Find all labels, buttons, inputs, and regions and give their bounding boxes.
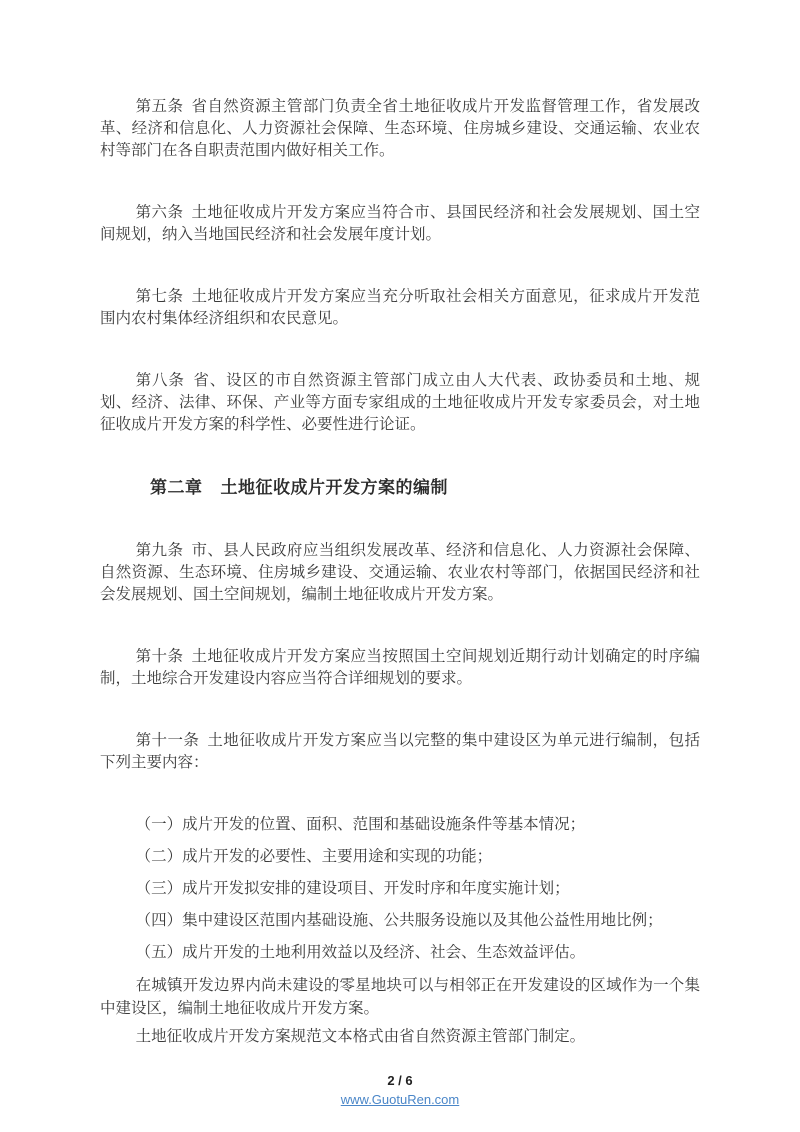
numbered-list: （一）成片开发的位置、面积、范围和基础设施条件等基本情况；（二）成片开发的必要性… <box>100 814 700 964</box>
closing-paragraph: 在城镇开发边界内尚未建设的零星地块可以与相邻正在开发建设的区域作为一个集中建设区… <box>100 974 700 1020</box>
article-paragraph: 第九条 市、县人民政府应当组织发展改革、经济和信息化、人力资源社会保障、自然资源… <box>100 540 700 606</box>
closing-paragraph: 土地征收成片开发方案规范文本格式由省自然资源主管部门制定。 <box>100 1025 700 1048</box>
list-item: （三）成片开发拟安排的建设项目、开发时序和年度实施计划； <box>100 878 700 900</box>
closing-section: 在城镇开发边界内尚未建设的零星地块可以与相邻正在开发建设的区域作为一个集中建设区… <box>100 974 700 1048</box>
list-item: （二）成片开发的必要性、主要用途和实现的功能； <box>100 846 700 868</box>
chapter-heading: 第二章 土地征收成片开发方案的编制 <box>150 476 700 500</box>
article-paragraph: 第八条 省、设区的市自然资源主管部门成立由人大代表、政协委员和土地、规划、经济、… <box>100 370 700 436</box>
list-item: （一）成片开发的位置、面积、范围和基础设施条件等基本情况； <box>100 814 700 836</box>
article-paragraph: 第七条 土地征收成片开发方案应当充分听取社会相关方面意见，征求成片开发范围内农村… <box>100 286 700 330</box>
page-footer: 2 / 6 www.GuotuRen.com <box>100 1072 700 1109</box>
article-paragraph: 第六条 土地征收成片开发方案应当符合市、县国民经济和社会发展规划、国土空间规划，… <box>100 202 700 246</box>
page-number: 2 / 6 <box>100 1072 700 1089</box>
article-paragraph: 第十条 土地征收成片开发方案应当按照国土空间规划近期行动计划确定的时序编制，土地… <box>100 646 700 690</box>
document-page: 第五条 省自然资源主管部门负责全省土地征收成片开发监督管理工作，省发展改革、经济… <box>0 0 800 1132</box>
articles-section-2: 第九条 市、县人民政府应当组织发展改革、经济和信息化、人力资源社会保障、自然资源… <box>100 540 700 774</box>
list-item: （五）成片开发的土地利用效益以及经济、社会、生态效益评估。 <box>100 942 700 964</box>
article-paragraph: 第五条 省自然资源主管部门负责全省土地征收成片开发监督管理工作，省发展改革、经济… <box>100 96 700 162</box>
site-link[interactable]: www.GuotuRen.com <box>341 1091 460 1109</box>
article-paragraph: 第十一条 土地征收成片开发方案应当以完整的集中建设区为单元进行编制，包括下列主要… <box>100 730 700 774</box>
list-item: （四）集中建设区范围内基础设施、公共服务设施以及其他公益性用地比例； <box>100 910 700 932</box>
document-body: 第五条 省自然资源主管部门负责全省土地征收成片开发监督管理工作，省发展改革、经济… <box>0 0 800 1109</box>
articles-section-1: 第五条 省自然资源主管部门负责全省土地征收成片开发监督管理工作，省发展改革、经济… <box>100 96 700 436</box>
